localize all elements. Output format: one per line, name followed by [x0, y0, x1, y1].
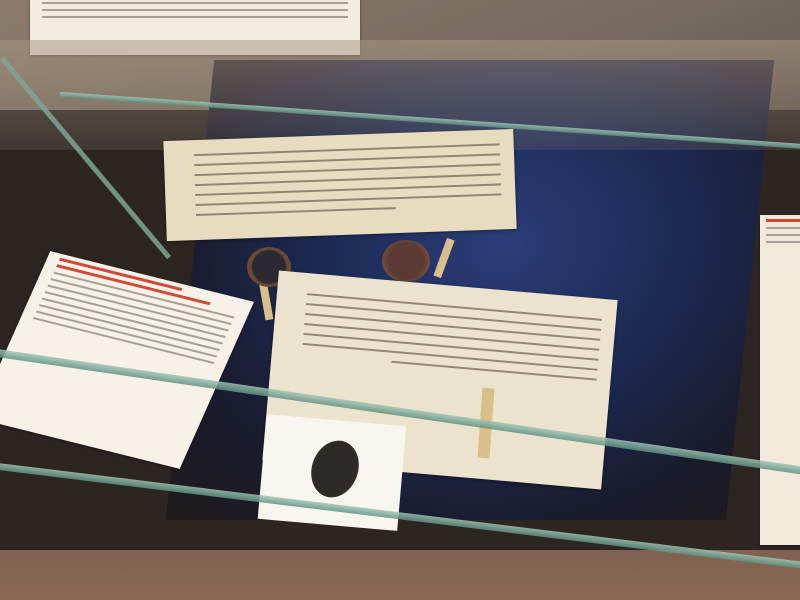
- right-label-card: [760, 215, 800, 545]
- charter-upper: [163, 129, 516, 241]
- wax-seal-brown: [382, 240, 430, 282]
